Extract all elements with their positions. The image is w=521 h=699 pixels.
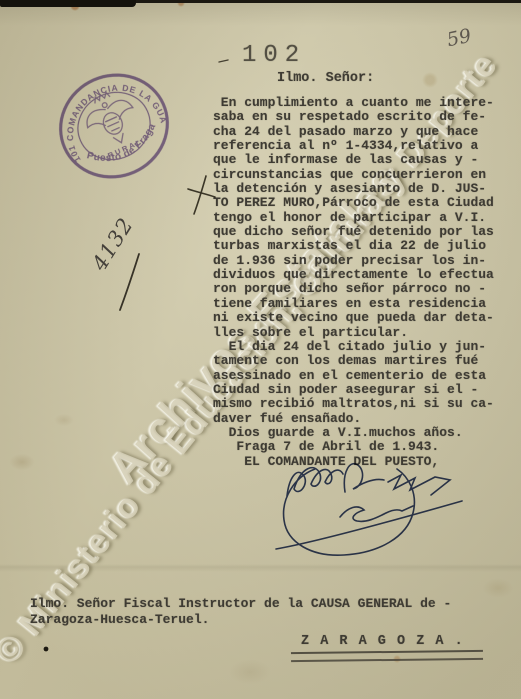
dash-mark [219, 60, 228, 62]
guardia-civil-stamp: 101 COMANDANCIA DE LA GUARDIA CIVIL - R … [30, 42, 199, 211]
ink-dot [44, 647, 49, 652]
scanned-letter-page: Archivos Estatales © Ministerio de Educa… [0, 0, 521, 699]
stamp-ring-text: 101 COMANDANCIA DE LA GUARDIA CIVIL - [30, 42, 170, 171]
addressee-city: Z A R A G O Z A . [301, 634, 464, 649]
x-mark [188, 176, 215, 214]
margin-note: 4132 [87, 213, 138, 274]
scan-edge-corner [0, 0, 136, 7]
margin-flourish [120, 254, 139, 310]
page-number-stamp: 102 [242, 42, 306, 69]
letter-body: En cumplimiento a cuanto me intere- saba… [213, 96, 494, 469]
folio-number: 59 [445, 25, 473, 52]
stamp-outer-ring [44, 58, 183, 194]
salutation: Ilmo. Señor: [277, 71, 374, 86]
city-underline [291, 650, 483, 662]
signature-ink [276, 464, 462, 555]
addressee-block: Ilmo. Señor Fiscal Instructor de la CAUS… [30, 596, 451, 627]
